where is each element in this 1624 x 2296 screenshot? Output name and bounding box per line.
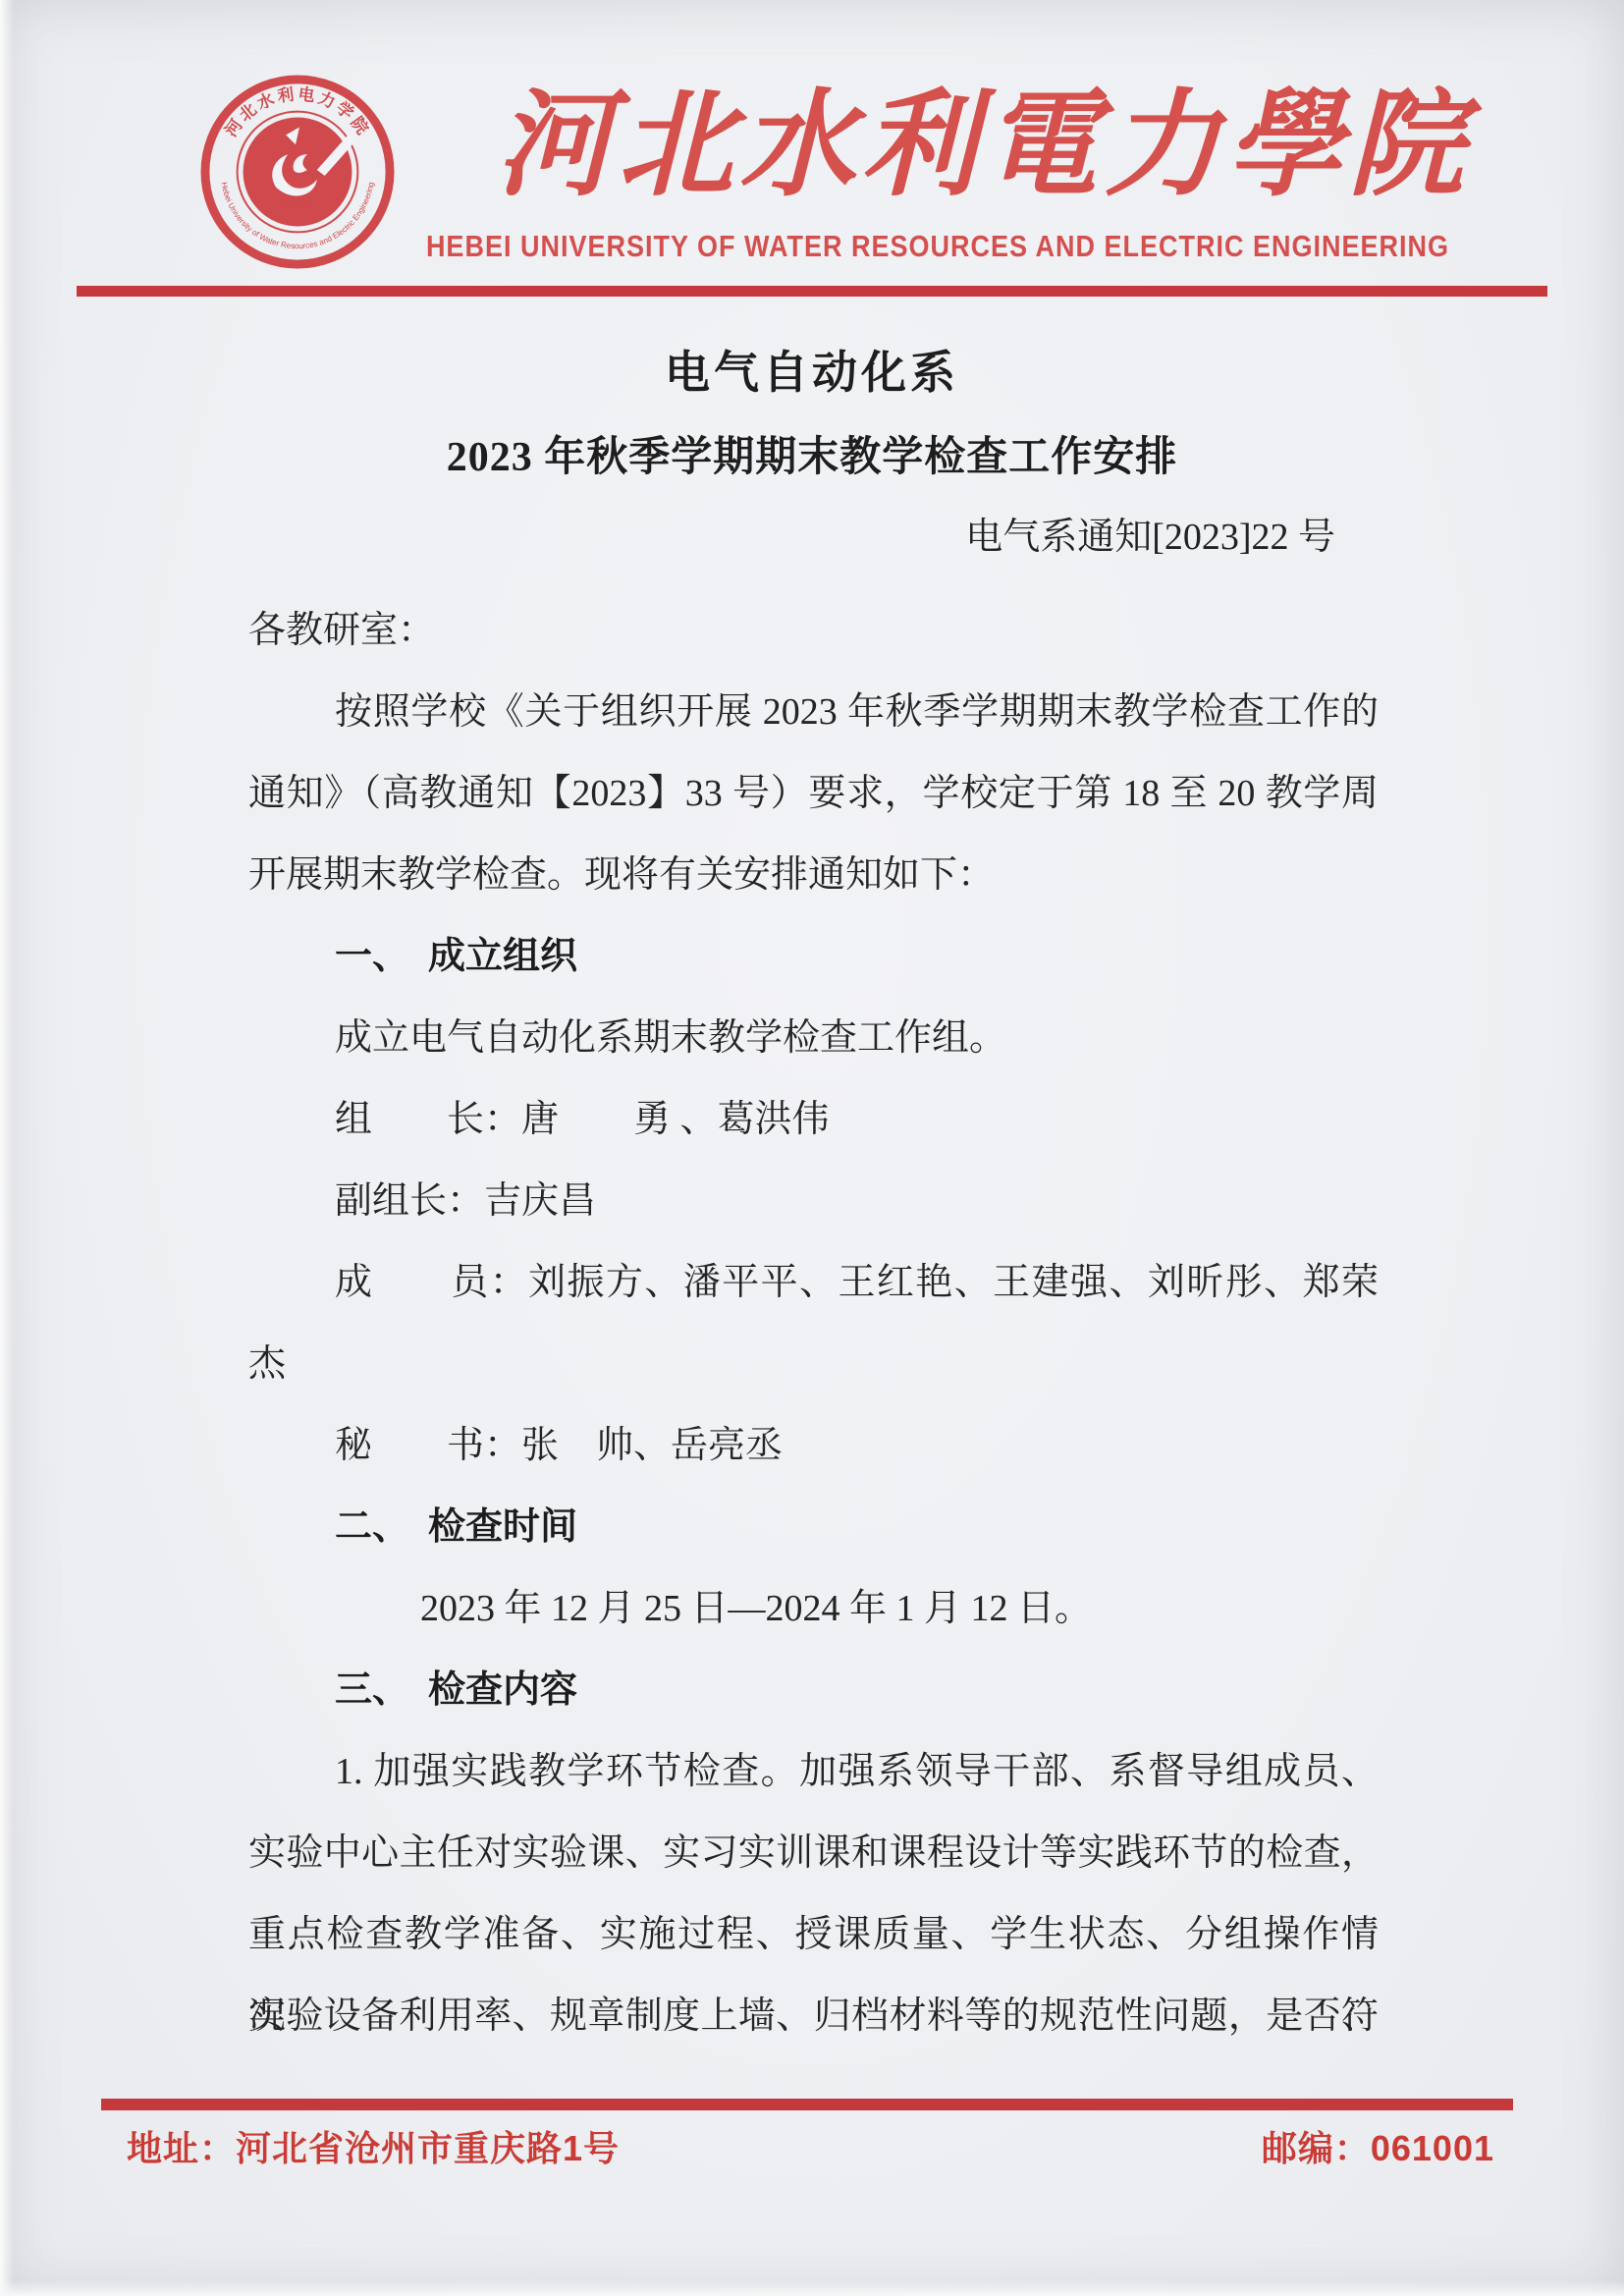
- seal-year: 1952: [281, 196, 313, 212]
- body-line-members: 成 员：刘振方、潘平平、王红艳、王建强、刘昕彤、郑荣: [248, 1242, 1379, 1324]
- document-body: 各教研室： 按照学校《关于组织开展 2023 年秋季学期期末教学检查工作的 通知…: [248, 590, 1379, 2057]
- body-line-leader: 组 长：唐 勇 、葛洪伟: [248, 1079, 1379, 1161]
- body-line: 重点检查教学准备、实施过程、授课质量、学生状态、分组操作情况、: [248, 1894, 1379, 1976]
- scan-edge: [0, 2280, 1624, 2296]
- body-line: 开展期末教学检查。现将有关安排通知如下：: [248, 835, 1379, 916]
- salutation-line: 各教研室：: [248, 590, 1379, 672]
- section-heading-1: 一、 成立组织: [248, 916, 1379, 998]
- body-line: 成立电气自动化系期末教学检查工作组。: [248, 998, 1379, 1079]
- document-number: 电气系通知[2023]22 号: [965, 497, 1335, 578]
- scanned-notice-page: 1952 河北水利电力学院 Hebei University of Water …: [0, 0, 1624, 2296]
- body-line-secretary: 秘 书：张 帅、岳亮丞: [248, 1405, 1379, 1487]
- university-name-calligraphy: 河北水利電力學院: [496, 61, 1404, 228]
- footer-postal-code: 邮编：061001: [1262, 2121, 1494, 2171]
- body-line: 1. 加强实践教学环节检查。加强系领导干部、系督导组成员、: [248, 1731, 1379, 1813]
- footer-address: 地址：河北省沧州市重庆路1号: [127, 2121, 620, 2171]
- section-heading-2: 二、 检查时间: [248, 1487, 1379, 1568]
- footer-divider-rule: [101, 2099, 1513, 2110]
- body-line: 按照学校《关于组织开展 2023 年秋季学期期末教学检查工作的: [248, 672, 1379, 753]
- section-heading-3: 三、 检查内容: [248, 1650, 1379, 1731]
- header-divider-rule: [77, 286, 1547, 297]
- body-line-dates: 2023 年 12 月 25 日—2024 年 1 月 12 日。: [248, 1568, 1379, 1650]
- body-line: 杰: [248, 1324, 1379, 1405]
- body-line: 通知》（高教通知【2023】33 号）要求，学校定于第 18 至 20 教学周: [248, 753, 1379, 835]
- body-line-deputy: 副组长：吉庆昌: [248, 1161, 1379, 1242]
- body-line: 实验中心主任对实验课、实习实训课和课程设计等实践环节的检查，: [248, 1813, 1379, 1894]
- university-name-english: HEBEI UNIVERSITY OF WATER RESOURCES AND …: [412, 230, 1463, 264]
- university-seal-logo: 1952 河北水利电力学院 Hebei University of Water …: [200, 75, 395, 269]
- body-line: 实验设备利用率、规章制度上墙、归档材料等的规范性问题，是否符: [248, 1976, 1379, 2057]
- document-title: 2023 年秋季学期期末教学检查工作安排: [0, 424, 1624, 483]
- department-title: 电气自动化系: [0, 337, 1624, 402]
